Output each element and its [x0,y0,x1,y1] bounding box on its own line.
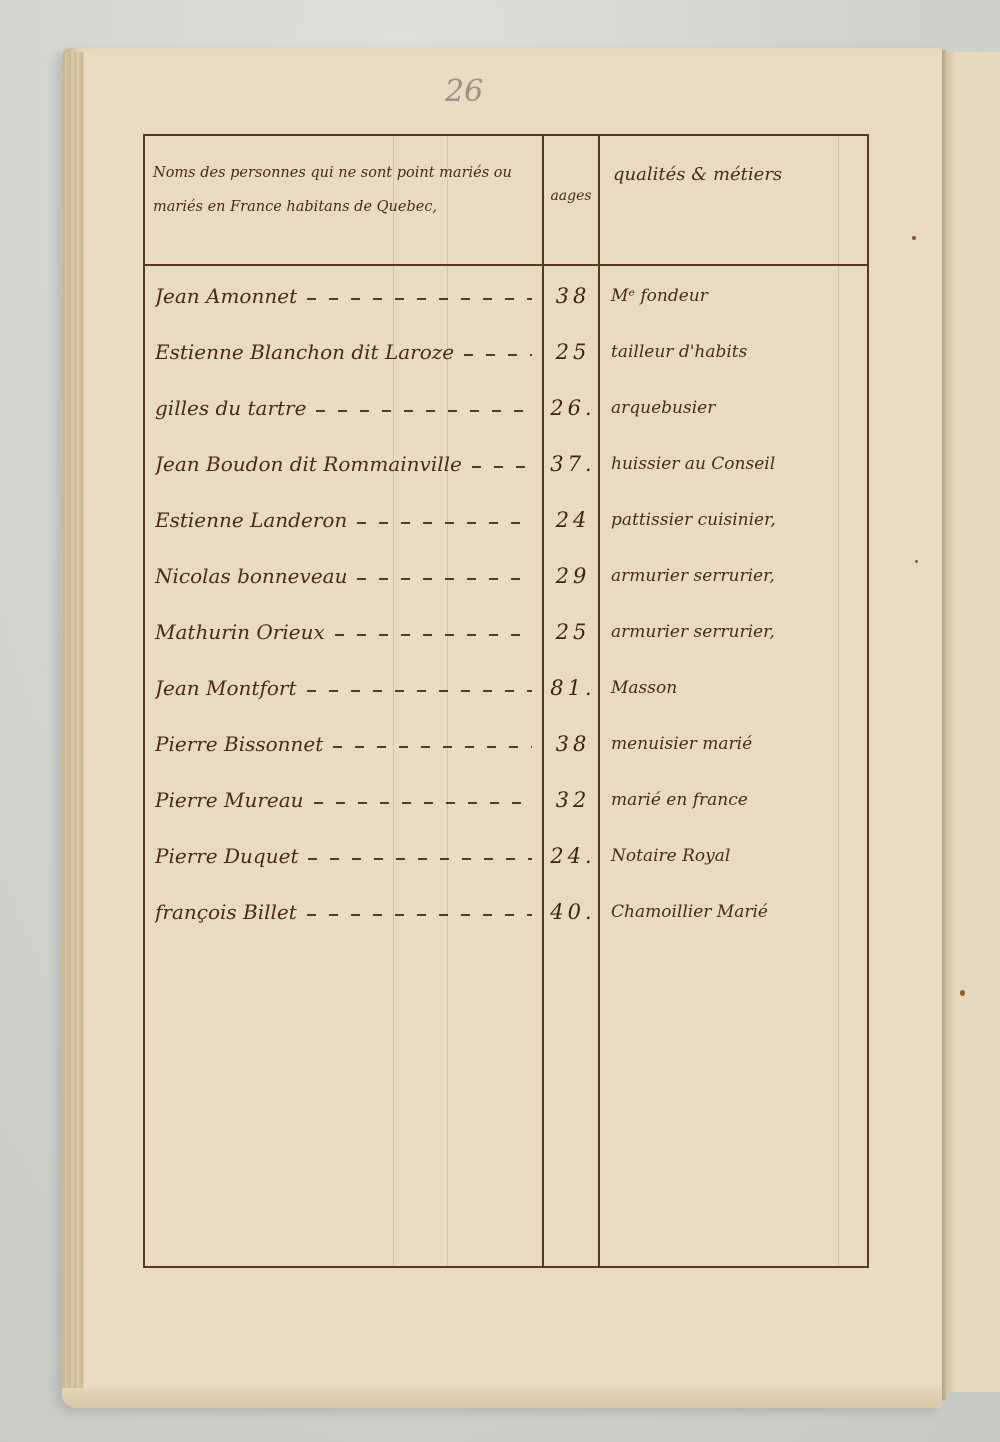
person-age: 81. [547,668,599,708]
table-row: Pierre Mureau 32 marié en france [145,780,867,836]
person-age: 25 [547,612,599,652]
person-name: Jean Amonnet [155,276,540,316]
page-stack-edge [62,52,84,1402]
person-age: 40. [547,892,599,932]
folio-number: 26 [445,74,483,109]
leader-dashes [357,578,532,580]
name-text: Pierre Bissonnet [155,732,323,756]
person-age: 38 [547,276,599,316]
person-age: 25 [547,332,599,372]
person-quality: huissier au Conseil [611,444,871,484]
person-name: Mathurin Orieux [155,612,540,652]
name-text: Estienne Blanchon dit Laroze [155,340,454,364]
foxing-spot [912,236,916,240]
header-age: aages [545,188,597,204]
name-text: Mathurin Orieux [155,620,325,644]
table-row: Nicolas bonneveau 29 armurier serrurier, [145,556,867,612]
table-row: Jean Boudon dit Rommainville 37. huissie… [145,444,867,500]
person-quality: marié en france [611,780,871,820]
header-quality: qualités & métiers [613,164,853,185]
leader-dashes [357,522,532,524]
table-row: Mathurin Orieux 25 armurier serrurier, [145,612,867,668]
table-row: françois Billet 40. Chamoillier Marié [145,892,867,948]
leader-dashes [307,298,532,300]
person-name: Pierre Mureau [155,780,540,820]
person-age: 24 [547,500,599,540]
name-text: gilles du tartre [155,396,306,420]
table-row: gilles du tartre 26. arquebusier [145,388,867,444]
leader-dashes [464,354,532,356]
person-age: 32 [547,780,599,820]
table-row: Pierre Duquet 24. Notaire Royal [145,836,867,892]
page-bottom-edge [62,1388,942,1408]
person-name: Jean Boudon dit Rommainville [155,444,540,484]
person-quality: armurier serrurier, [611,612,871,652]
person-quality: Masson [611,668,871,708]
person-quality: tailleur d'habits [611,332,871,372]
person-age: 26. [547,388,599,428]
person-name: Jean Montfort [155,668,540,708]
person-quality: Notaire Royal [611,836,871,876]
table-row: Jean Amonnet 38 Mᵉ fondeur [145,276,867,332]
person-quality: menuisier marié [611,724,871,764]
table-row: Estienne Blanchon dit Laroze 25 tailleur… [145,332,867,388]
leader-dashes [308,858,532,860]
leader-dashes [307,690,533,692]
leader-dashes [335,634,532,636]
person-age: 37. [547,444,599,484]
person-age: 29 [547,556,599,596]
person-name: Pierre Bissonnet [155,724,540,764]
register-table: Noms des personnes qui ne sont point mar… [143,134,869,1268]
foxing-spot [960,990,965,996]
name-text: Estienne Landeron [155,508,347,532]
leader-dashes [316,410,532,412]
person-quality: pattissier cuisinier, [611,500,871,540]
leader-dashes [472,466,532,468]
facing-page-edge [945,52,1000,1392]
table-row: Pierre Bissonnet 38 menuisier marié [145,724,867,780]
name-text: Jean Montfort [155,676,297,700]
header-divider [145,264,867,266]
leader-dashes [333,746,532,748]
person-name: gilles du tartre [155,388,540,428]
person-age: 38 [547,724,599,764]
name-text: Nicolas bonneveau [155,564,347,588]
register-rows: Jean Amonnet 38 Mᵉ fondeur Estienne Blan… [145,276,867,948]
person-quality: Chamoillier Marié [611,892,871,932]
person-name: Nicolas bonneveau [155,556,540,596]
name-text: françois Billet [155,900,297,924]
name-text: Jean Amonnet [155,284,297,308]
table-row: Estienne Landeron 24 pattissier cuisinie… [145,500,867,556]
person-name: Estienne Landeron [155,500,540,540]
foxing-spot [915,560,918,563]
leader-dashes [314,802,532,804]
person-name: françois Billet [155,892,540,932]
person-quality: armurier serrurier, [611,556,871,596]
person-quality: arquebusier [611,388,871,428]
person-age: 24. [547,836,599,876]
person-name: Pierre Duquet [155,836,540,876]
name-text: Pierre Mureau [155,788,304,812]
table-row: Jean Montfort 81. Masson [145,668,867,724]
leader-dashes [307,914,532,916]
name-text: Jean Boudon dit Rommainville [155,452,462,476]
person-name: Estienne Blanchon dit Laroze [155,332,540,372]
name-text: Pierre Duquet [155,844,298,868]
person-quality: Mᵉ fondeur [611,276,871,316]
header-names: Noms des personnes qui ne sont point mar… [153,156,538,224]
